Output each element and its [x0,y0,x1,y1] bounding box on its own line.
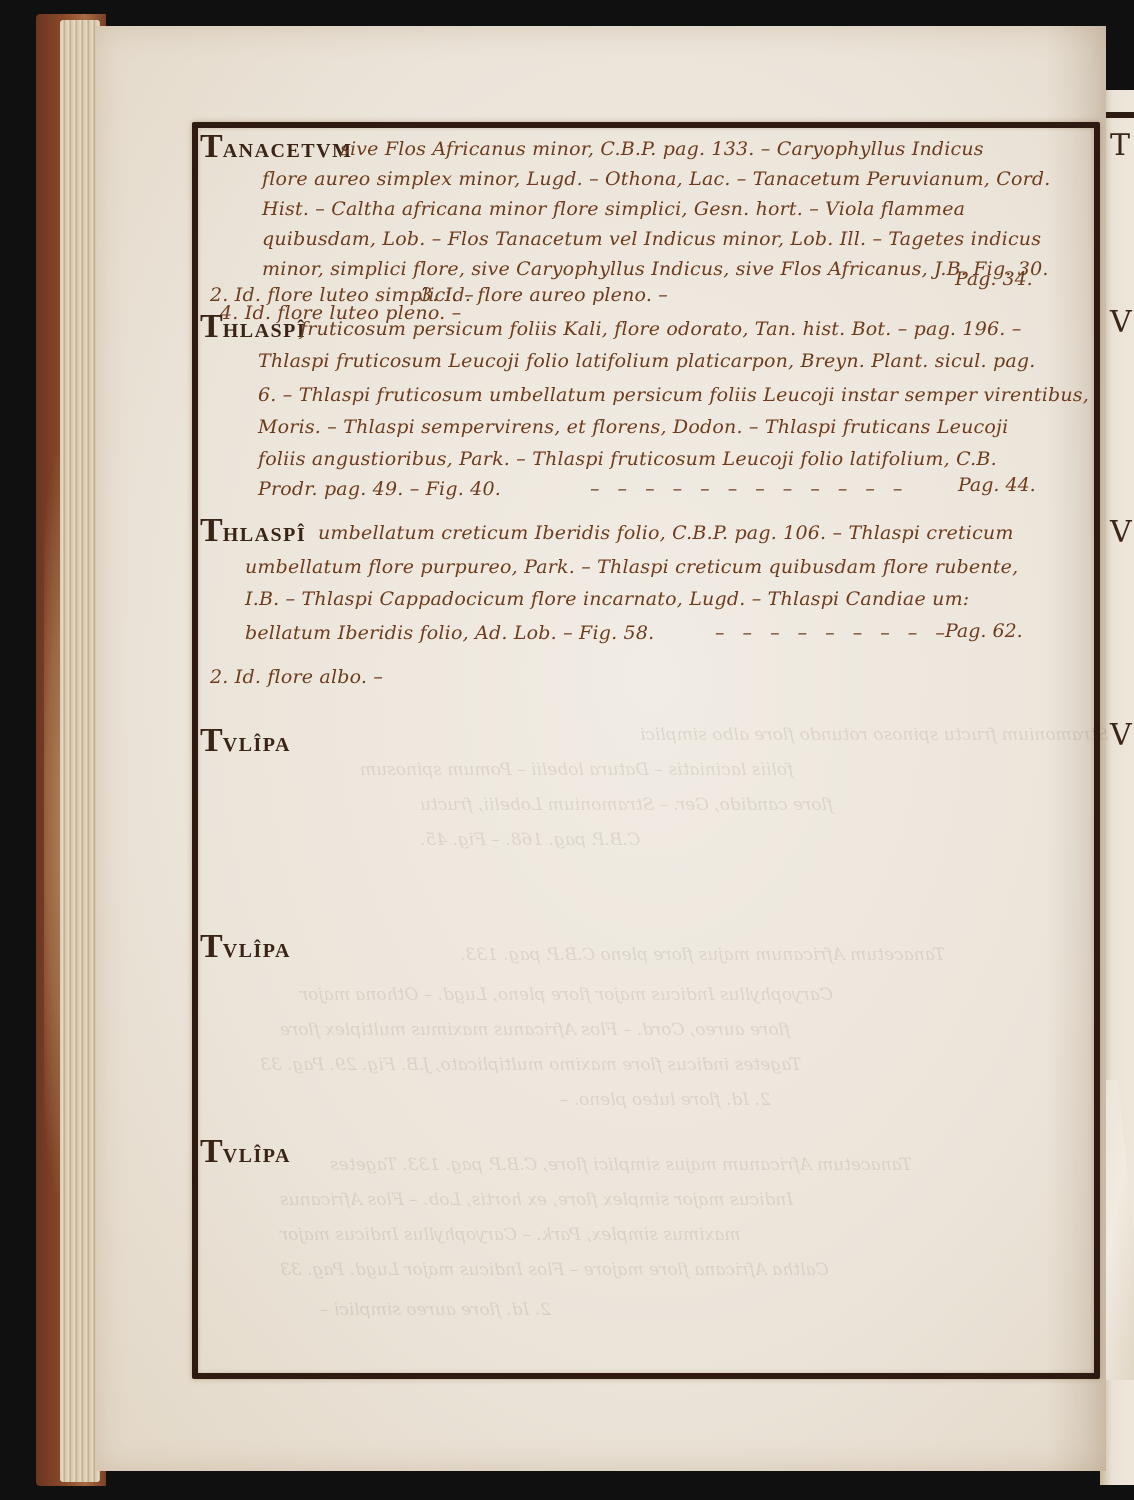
dash-leader: – – – – – – – – – [715,622,951,644]
heading-initial: T [200,1133,223,1170]
facing-page-initial: V [1110,515,1132,550]
entry-line: bellatum Iberidis folio, Ad. Lob. – Fig.… [245,622,654,644]
facing-page-initial: V [1110,718,1132,753]
entry-line: 6. – Thlaspi fruticosum umbellatum persi… [258,384,1089,406]
entry-line: fruticosum persicum foliis Kali, flore o… [300,318,1021,340]
entry-line: Moris. – Thlaspi sempervirens, et floren… [258,416,1008,438]
entry-heading-tulipa: TVLÎPA [200,722,291,760]
heading-rest: HLASPÎ [223,524,306,546]
facing-page-initial: V [1110,305,1132,340]
entry-line: sive Flos Africanus minor, C.B.P. pag. 1… [340,138,984,160]
entry-heading: THLASPÎ [200,308,306,346]
entry-line: Prodr. pag. 49. – Fig. 40. [258,478,501,500]
heading-initial: T [200,512,223,549]
facing-page-initial: T [1110,128,1130,163]
entry-line: foliis angustioribus, Park. – Thlaspi fr… [258,448,997,470]
page-reference: Pag. 62. [945,620,1023,642]
variety-line: 2. Id. flore albo. – [210,666,383,688]
heading-initial: T [200,308,223,345]
entry-line: umbellatum creticum Iberidis folio, C.B.… [318,522,1014,544]
heading-rest: VLÎPA [223,1145,291,1167]
entry-line: minor, simplici flore, sive Caryophyllus… [262,258,1049,280]
entry-heading: TANACETVM [200,128,352,166]
entry-line: quibusdam, Lob. – Flos Tanacetum vel Ind… [262,228,1041,250]
entry-line: umbellatum flore purpureo, Park. – Thlas… [245,556,1018,578]
entry-line: flore aureo simplex minor, Lugd. – Othon… [262,168,1051,190]
entry-line: I.B. – Thlaspi Cappadocicum flore incarn… [245,588,969,610]
entry-heading-tulipa: TVLÎPA [200,1133,291,1171]
dash-leader: – – – – – – – – – – – – [590,478,908,500]
page-reference: Pag. 44. [958,474,1036,496]
entry-heading: THLASPÎ [200,512,306,550]
page-reference: Pag. 34. [955,268,1033,290]
entry-line: Thlaspi fruticosum Leucoji folio latifol… [258,350,1036,372]
heading-rest: HLASPÎ [223,320,306,342]
heading-rest: ANACETVM [223,140,353,162]
heading-initial: T [200,722,223,759]
entry-line: Hist. – Caltha africana minor flore simp… [262,198,965,220]
page-edges [60,20,100,1482]
heading-rest: VLÎPA [223,940,291,962]
heading-rest: VLÎPA [223,734,291,756]
heading-initial: T [200,128,223,165]
heading-initial: T [200,928,223,965]
entry-heading-tulipa: TVLÎPA [200,928,291,966]
